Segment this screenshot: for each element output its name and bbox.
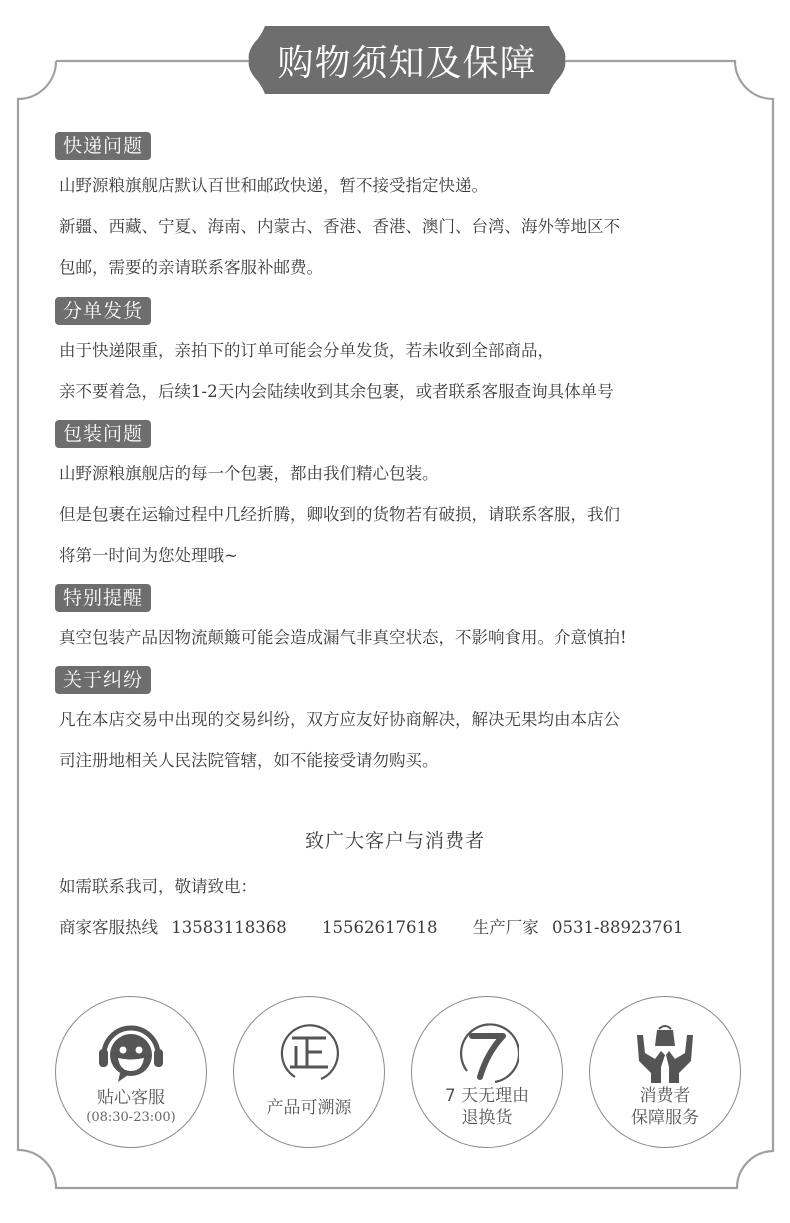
headset-smiley-icon	[56, 1021, 206, 1085]
badge-label-line-1: 7 天无理由	[412, 1085, 562, 1107]
section-split-shipment: 分单发货 由于快递限重，亲拍下的订单可能会分单发货，若未收到全部商品， 亲不要着…	[55, 297, 735, 412]
section-tag: 特别提醒	[55, 584, 151, 612]
factory-phone: 0531-88923761	[552, 918, 684, 937]
hands-bag-icon	[590, 1021, 740, 1085]
badge-7day-return: 7 天无理由 退换货	[411, 996, 563, 1148]
hotline-label: 商家客服热线	[59, 914, 158, 938]
section-text-line: 但是包裹在运输过程中几经折腾，卿收到的货物若有破损，请联系客服，我们	[55, 494, 735, 535]
section-text-line: 由于快递限重，亲拍下的订单可能会分单发货，若未收到全部商品，	[55, 330, 735, 371]
section-text-line: 司注册地相关人民法院管辖，如不能接受请勿购买。	[55, 740, 735, 781]
section-text-line: 新疆、西藏、宁夏、海南、内蒙古、香港、香港、澳门、台湾、海外等地区不	[55, 206, 735, 247]
contact-phones: 商家客服热线 13583118368 15562617618 生产厂家 0531…	[59, 914, 684, 938]
section-tag: 包装问题	[55, 420, 151, 448]
contact-intro: 如需联系我司，敬请致电：	[59, 873, 257, 897]
section-tag: 快递问题	[55, 132, 151, 160]
hotline-phone-2: 15562617618	[322, 918, 437, 937]
section-text-line: 山野源粮旗舰店的每一个包裹，都由我们精心包装。	[55, 453, 735, 494]
badge-label-line-1: 消费者	[590, 1085, 740, 1107]
badge-label-line-2: 保障服务	[590, 1107, 740, 1129]
badge-hours: (08:30-23:00)	[56, 1110, 206, 1125]
badge-label: 产品可溯源	[234, 1097, 384, 1119]
section-text-line: 将第一时间为您处理哦~	[55, 535, 735, 576]
section-text-line: 山野源粮旗舰店默认百世和邮政快递，暂不接受指定快递。	[55, 165, 735, 206]
section-special-notice: 特别提醒 真空包装产品因物流颠簸可能会造成漏气非真空状态，不影响食用。介意慎拍!	[55, 584, 735, 658]
contact-heading: 致广大客户与消费者	[0, 826, 790, 853]
section-text-line: 亲不要着急，后续1-2天内会陆续收到其余包裹，或者联系客服查询具体单号	[55, 371, 735, 412]
badge-customer-service: 贴心客服 (08:30-23:00)	[55, 996, 207, 1148]
section-tag: 关于纠纷	[55, 666, 151, 694]
badge-label-line-2: 退换货	[412, 1107, 562, 1129]
section-packaging: 包装问题 山野源粮旗舰店的每一个包裹，都由我们精心包装。 但是包裹在运输过程中几…	[55, 420, 735, 576]
section-shipping: 快递问题 山野源粮旗舰店默认百世和邮政快递，暂不接受指定快递。 新疆、西藏、宁夏…	[55, 132, 735, 288]
factory-label: 生产厂家	[473, 914, 539, 938]
badge-label: 贴心客服	[56, 1087, 206, 1109]
section-text-line: 包邮，需要的亲请联系客服补邮费。	[55, 247, 735, 288]
hotline-phone-1: 13583118368	[171, 918, 286, 937]
badge-traceable: 产品可溯源	[233, 996, 385, 1148]
section-text-line: 凡在本店交易中出现的交易纠纷，双方应友好协商解决，解决无果均由本店公	[55, 699, 735, 740]
badge-consumer-protection: 消费者 保障服务	[589, 996, 741, 1148]
page-title: 购物须知及保障	[247, 26, 567, 94]
section-tag: 分单发货	[55, 297, 151, 325]
seven-days-icon	[412, 1021, 562, 1085]
section-text-line: 真空包装产品因物流颠簸可能会造成漏气非真空状态，不影响食用。介意慎拍!	[55, 617, 735, 658]
section-disputes: 关于纠纷 凡在本店交易中出现的交易纠纷，双方应友好协商解决，解决无果均由本店公 …	[55, 666, 735, 781]
zheng-seal-icon	[234, 1021, 384, 1085]
